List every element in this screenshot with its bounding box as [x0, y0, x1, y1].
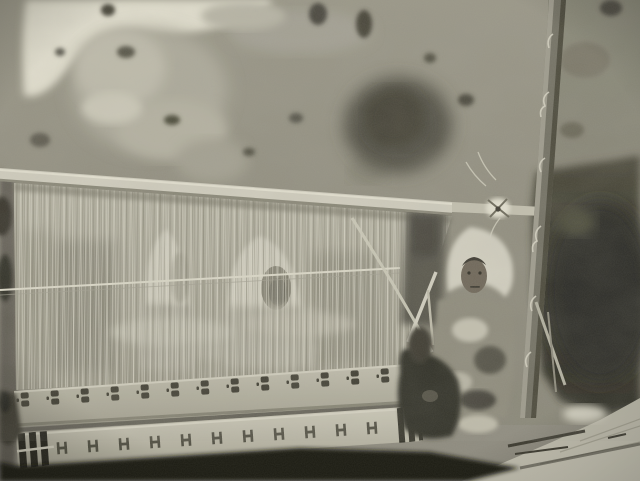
photo-canvas [0, 0, 640, 481]
vignette-overlay [0, 0, 640, 481]
photo-frame [0, 0, 640, 481]
